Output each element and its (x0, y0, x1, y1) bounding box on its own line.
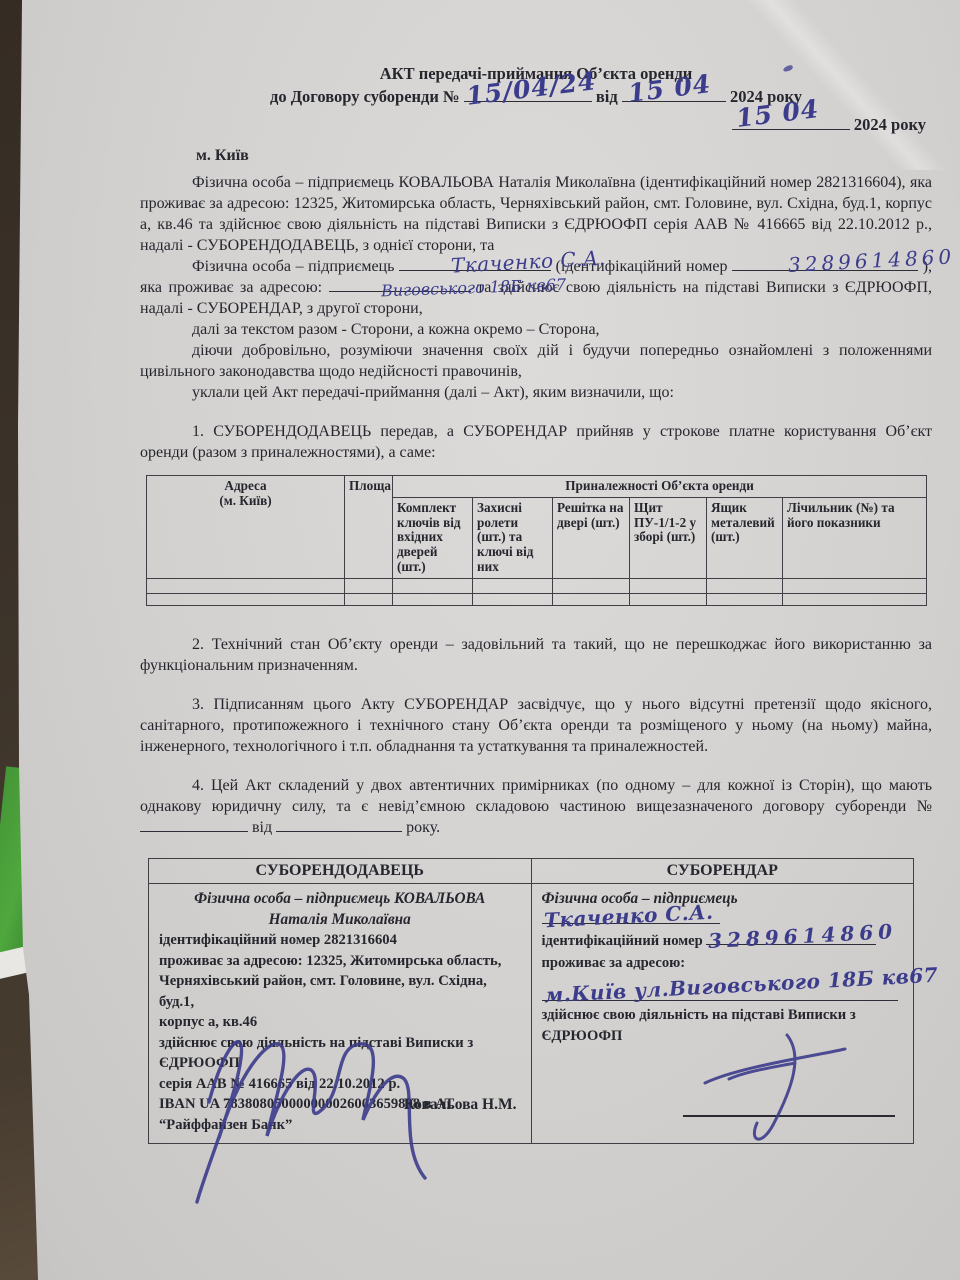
paragraph-together: далі за текстом разом - Сторони, а кожна… (140, 319, 932, 340)
lessor-signature-cell: Фізична особа – підприємець КОВАЛЬОВА На… (149, 884, 532, 1144)
lessee-id-blank: 3289614860 (732, 270, 918, 271)
cell-empty (473, 578, 553, 593)
subtitle-suffix: 2024 року (730, 87, 802, 106)
col-header-grille: Решітка на двері (шт.) (553, 497, 630, 578)
lessee-id-blank: 3289614860 (706, 944, 876, 945)
cell-empty (345, 578, 393, 593)
lessee-name-blank: Ткаченко С.А. (399, 270, 551, 271)
lessee-addr-prefix-line: проживає за адресою: (542, 953, 904, 974)
col-header-meter: Лічильник (№) та його показники (783, 497, 927, 578)
lessee-prefix: Фізична особа – підприємець (192, 258, 394, 275)
lessor-addr-line1: проживає за адресою: 12325, Житомирська … (159, 951, 521, 972)
lessee-signature-line (683, 1115, 895, 1117)
clause-3: 3. Підписанням цього Акту СУБОРЕНДАР зас… (140, 694, 932, 757)
contract-number-blank: 15/04/24 (464, 101, 592, 102)
col-header-rollers: Захисні ролети (шт.) та ключі від них (473, 497, 553, 578)
document-subtitle: до Договору суборенди № 15/04/24 від 15 … (140, 85, 932, 108)
document-content: АКТ передачі-приймання Об’єкта оренди до… (140, 62, 932, 1144)
clause-4-vid: від (252, 819, 272, 836)
cell-empty (345, 593, 393, 605)
paragraph-lessor: Фізична особа – підприємець КОВАЛЬОВА На… (140, 172, 932, 256)
clause-4: 4. Цей Акт складений у двох автентичних … (140, 775, 932, 838)
date-line: 15 04 2024 року (140, 114, 932, 135)
document-title: АКТ передачі-приймання Об’єкта оренди (140, 62, 932, 85)
clause-1: 1. СУБОРЕНДОДАВЕЦЬ передав, а СУБОРЕНДАР… (140, 421, 932, 463)
lessor-bank-line: “Райффайзен Банк” (159, 1115, 521, 1136)
signature-table: СУБОРЕНДОДАВЕЦЬ СУБОРЕНДАР Фізична особа… (148, 858, 914, 1145)
cell-empty (393, 578, 473, 593)
clause-2: 2. Технічний стан Об’єкту оренди – задов… (140, 634, 932, 676)
clause-4-number-blank (140, 831, 248, 832)
cell-empty (147, 593, 345, 605)
col-header-address-line2: (м. Київ) (151, 494, 340, 509)
city-label: м. Київ (196, 145, 932, 166)
date-year-label: 2024 року (854, 115, 926, 134)
col-header-panel: Щит ПУ-1/1-2 у зборі (шт.) (630, 497, 707, 578)
paragraph-acting: діючи добровільно, розуміючи значення св… (140, 340, 932, 382)
lessor-basis-line2: серія ААВ № 416665 від 22.10.2012 р. (159, 1074, 521, 1095)
lessee-id-line: ідентифікаційний номер 3289614860 (542, 931, 904, 952)
cell-empty (707, 593, 783, 605)
table-row-empty (147, 593, 927, 605)
subtitle-vid: від (596, 87, 618, 106)
lessee-signature-cell: Фізична особа – підприємець Ткаченко С.А… (531, 884, 914, 1144)
table-row-empty (147, 578, 927, 593)
clause-4-roku: року. (406, 819, 440, 836)
lessee-name-blank: Ткаченко С.А. (542, 923, 720, 924)
lessor-addr-line3: корпус а, кв.46 (159, 1012, 521, 1033)
col-header-belongings: Приналежності Об’єкта оренди (393, 476, 927, 498)
cell-empty (473, 593, 553, 605)
contract-date-blank: 15 04 (622, 101, 726, 102)
cell-empty (553, 578, 630, 593)
lessee-id-prefix: ідентифікаційний номер (542, 933, 703, 949)
paragraph-lessee: Фізична особа – підприємець Ткаченко С.А… (140, 256, 932, 319)
lessor-addr-line2: Черняхівський район, смт. Головине, вул.… (159, 971, 521, 1012)
photo-of-document: { "colors":{ "ink_blue":"#3c3c8c", "pape… (0, 0, 960, 1280)
cell-empty (783, 578, 927, 593)
date-blank: 15 04 (732, 129, 850, 130)
rental-object-table: Адреса (м. Київ) Площа Приналежності Об’… (146, 475, 927, 606)
lessor-name-line2: Наталія Миколаївна (159, 909, 521, 930)
cell-empty (630, 593, 707, 605)
cell-empty (630, 578, 707, 593)
cell-empty (553, 593, 630, 605)
lessor-basis-line1: здійснює свою діяльність на підставі Вип… (159, 1033, 521, 1074)
signature-header-row: СУБОРЕНДОДАВЕЦЬ СУБОРЕНДАР (149, 858, 914, 884)
lessor-header: СУБОРЕНДОДАВЕЦЬ (149, 858, 532, 884)
cell-empty (147, 578, 345, 593)
cell-empty (783, 593, 927, 605)
clause-4-date-blank (276, 831, 402, 832)
col-header-keys: Комплект ключів від вхідних дверей (шт.) (393, 497, 473, 578)
lessor-id-line: ідентифікаційний номер 2821316604 (159, 930, 521, 951)
lessor-signatory-name: Ковальова Н.М. (404, 1095, 517, 1116)
col-header-area: Площа (345, 476, 393, 579)
table-row-group-header: Адреса (м. Київ) Площа Приналежності Об’… (147, 476, 927, 498)
lessee-name-prefix: Фізична особа – підприємець (542, 890, 738, 907)
lessee-mid1: (ідентифікаційний номер (556, 258, 728, 275)
lessee-addr-blank: м.Київ ул.Виговського 18Б кв67 (542, 975, 898, 1001)
cell-empty (393, 593, 473, 605)
col-header-metal-box: Ящик металевий (шт.) (707, 497, 783, 578)
col-header-address: Адреса (м. Київ) (147, 476, 345, 579)
lessee-header: СУБОРЕНДАР (531, 858, 914, 884)
signature-body-row: Фізична особа – підприємець КОВАЛЬОВА На… (149, 884, 914, 1144)
lessor-name-line1: Фізична особа – підприємець КОВАЛЬОВА (159, 888, 521, 909)
lessee-name-line: Фізична особа – підприємець Ткаченко С.А… (542, 889, 904, 930)
document-page: АКТ передачі-приймання Об’єкта оренди до… (0, 0, 960, 1280)
lessee-addr-blank: Виговського 18Б кв67 (329, 291, 471, 292)
subtitle-prefix: до Договору суборенди № (270, 87, 460, 106)
lessee-basis-line: здійснює свою діяльність на підставі Вип… (542, 1005, 904, 1046)
cell-empty (707, 578, 783, 593)
clause-4-text: 4. Цей Акт складений у двох автентичних … (140, 777, 932, 815)
col-header-address-line1: Адреса (151, 479, 340, 494)
paragraph-concluded: уклали цей Акт передачі-приймання (далі … (140, 382, 932, 403)
